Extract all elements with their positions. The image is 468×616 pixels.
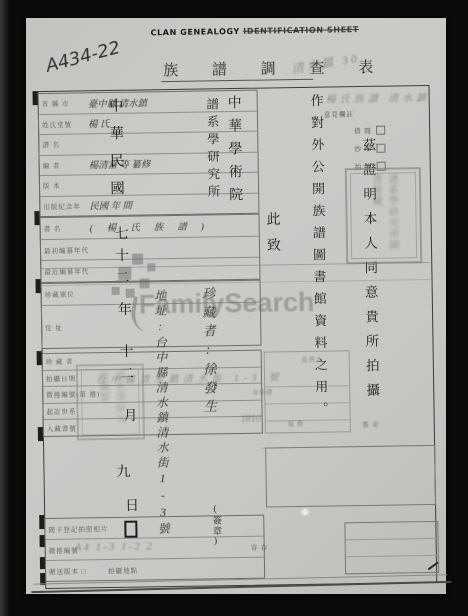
bottom-right-box [344, 521, 439, 574]
scanned-document: CLAN GENEALOGY IDENTIFICATION SHEET A434… [0, 0, 468, 616]
table-line [265, 385, 349, 387]
field-label: 出版紀念年 [43, 201, 85, 211]
edge-tick [39, 535, 44, 547]
table-line [266, 419, 350, 421]
edge-tick [33, 91, 38, 105]
tree-logo-icon [132, 253, 143, 264]
edge-tick [39, 515, 44, 529]
form-content: CLAN GENEALOGY IDENTIFICATION SHEET A434… [22, 15, 451, 598]
checklist-header: 意見欄註 [324, 109, 354, 118]
edge-tick [40, 557, 45, 569]
table-line [265, 402, 349, 404]
edge-tick [35, 279, 40, 293]
scan-artifact-dot [302, 509, 308, 515]
field-label: 編 者 [43, 160, 85, 170]
address-pencil-repeat: 台中縣清水鎮清水街 1-3 號 [96, 369, 284, 386]
familysearch-watermark: FamilySearch [106, 250, 388, 354]
tree-logo-icon [112, 287, 120, 295]
table-line [346, 538, 438, 540]
checkbox-icon [376, 126, 385, 135]
signature-note: (簽章) [208, 504, 223, 547]
form-row: 贈送版本 □拍攝地點 [46, 558, 264, 581]
date-day-unit: 日 [120, 498, 140, 512]
english-header-left: CLAN GENEALOGY [151, 27, 240, 37]
checklist-label: 借 閱 [354, 126, 372, 135]
date-day: 九 [111, 464, 131, 478]
film-number-pencil: A4 1-3 1-2 2 [75, 540, 154, 553]
english-header: CLAN GENEALOGY IDENTIFICATION SHEET [151, 25, 359, 37]
tree-logo-icon [118, 267, 131, 280]
field-label: 書 名 [44, 223, 86, 233]
field-label: 姓氏堂號 [42, 119, 84, 129]
small-label-id: 身份證 [252, 387, 273, 396]
field-label-extra: 拍攝地點 [108, 565, 150, 575]
tree-logo-icon [139, 278, 149, 288]
small-label-quantity: 數 量 [363, 420, 380, 429]
field-label: 閱卡登記拍照相片 [48, 523, 128, 533]
edge-tick [38, 427, 43, 441]
english-header-right: IDENTIFICATION SHEET [243, 25, 359, 36]
institution-line1: 中華學術院 [223, 95, 245, 210]
small-label-format: 規 格 [288, 419, 305, 428]
field-label-right: 寄 存 [251, 542, 281, 551]
field-label: 住 址 [45, 322, 87, 332]
watermark-text: FamilySearch [139, 287, 315, 321]
field-label: 譜 名 [42, 140, 84, 150]
checklist-item: 借 閱 [354, 126, 385, 135]
field-label: 贈送版本 □ [49, 566, 104, 576]
edge-tick [37, 351, 42, 365]
bold-checkbox-mark [124, 521, 137, 538]
checklist-label: 抄 本 [354, 144, 372, 153]
catalog-number-handwritten: A434-22 [44, 37, 123, 77]
generation-numbers-pencil: 1810 [241, 414, 261, 425]
field-label: 版 本 [43, 181, 85, 191]
field-label: 珍藏單位 [45, 289, 87, 299]
field-label: 省 縣 市 [42, 99, 84, 109]
institution-line2: 譜系學研究所 [203, 97, 223, 202]
field-label: 最初編纂年代 [44, 245, 86, 255]
stamp-text: 譜系學研究所圖書館藏 [367, 173, 400, 257]
paper-sheet: CLAN GENEALOGY IDENTIFICATION SHEET A434… [26, 18, 446, 594]
table-line [346, 555, 438, 557]
stamp-inner-border: 譜系學研究所圖書館藏 [350, 172, 417, 259]
date-era: 中華民國 [105, 98, 128, 208]
remarks-box [265, 445, 436, 508]
tree-logo-icon [147, 263, 155, 271]
checkbox-icon [376, 144, 385, 153]
checklist-item: 抄 本 [354, 144, 385, 153]
edge-tick [34, 211, 39, 225]
